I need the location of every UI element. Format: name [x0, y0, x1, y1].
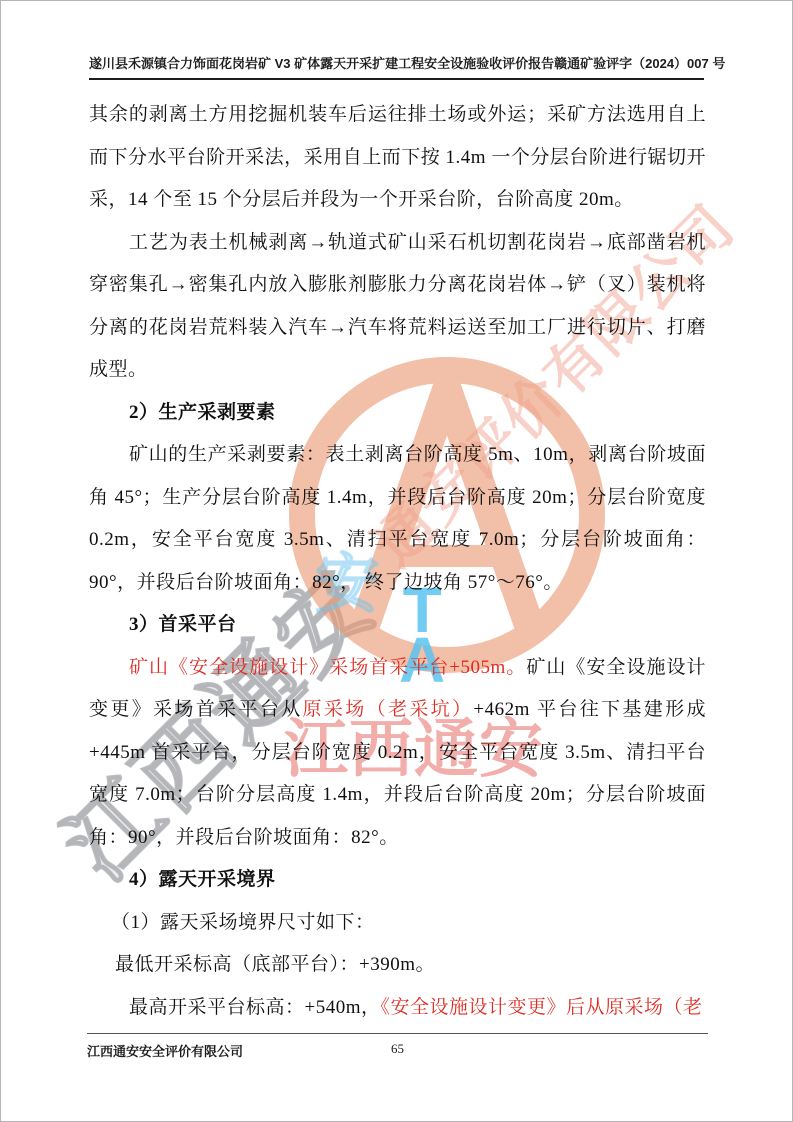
heading-production-stripping-elements: 2）生产采剥要素 [89, 392, 706, 435]
header-doc-number: 赣通矿验评字（2024）007 号 [554, 53, 725, 72]
heading-open-pit-boundary: 4）露天开采境界 [89, 859, 706, 902]
paragraph-highest-elevation: 最高开采平台标高：+540m，《安全设施设计变更》后从原采场（老 [89, 987, 706, 1030]
heading-first-mining-platform: 3）首采平台 [89, 604, 706, 647]
paragraph-stripping-mining-method: 其余的剥离土方用挖掘机装车后运往排土场或外运；采矿方法选用自上而下分水平台阶开采… [89, 94, 706, 222]
paragraph-process-flow: 工艺为表土机械剥离→轨道式矿山采石机切割花岗岩→底部凿岩机穿密集孔→密集孔内放入… [89, 222, 706, 392]
page-header: 遂川县禾源镇合力饰面花岗岩矿 V3 矿体露天开采扩建工程安全设施验收评价报告 赣… [89, 53, 704, 80]
segment-old-pit: 原采场（老采坑） [303, 699, 474, 720]
paragraph-first-mining-platform: 矿山《安全设施设计》采场首采平台+505m。矿山《安全设施设计变更》采场首采平台… [89, 647, 706, 860]
document-page: 江西通安 通安评价有限公司 安 T A 江西通安 遂川县禾源镇合力饰面花岗岩矿 … [0, 0, 793, 1122]
header-report-title: 遂川县禾源镇合力饰面花岗岩矿 V3 矿体露天开采扩建工程安全设施验收评价报告 [89, 53, 554, 72]
segment-platform-parameters: +462m 平台往下基建形成+445m 首采平台，分层台阶宽度 0.2m，安全平… [89, 699, 706, 848]
page-footer: 江西通安安全评价有限公司 65 [87, 1033, 708, 1060]
paragraph-lowest-elevation: 最低开采标高（底部平台）：+390m。 [89, 944, 706, 987]
paragraph-boundary-intro: （1）露天采场境界尺寸如下： [89, 902, 706, 945]
segment-design-change-note: 《安全设施设计变更》后从原采场（老 [381, 997, 703, 1018]
paragraph-stripping-elements-detail: 矿山的生产采剥要素：表土剥离台阶高度 5m、10m，剥离台阶坡面角 45°；生产… [89, 434, 706, 604]
segment-highest-elevation-value: 最高开采平台标高：+540m， [129, 997, 381, 1018]
segment-design-platform-505m: 矿山《安全设施设计》采场首采平台+505m。 [129, 657, 526, 678]
page-number: 65 [87, 1041, 708, 1057]
document-body: 其余的剥离土方用挖掘机装车后运往排土场或外运；采矿方法选用自上而下分水平台阶开采… [89, 94, 706, 1029]
